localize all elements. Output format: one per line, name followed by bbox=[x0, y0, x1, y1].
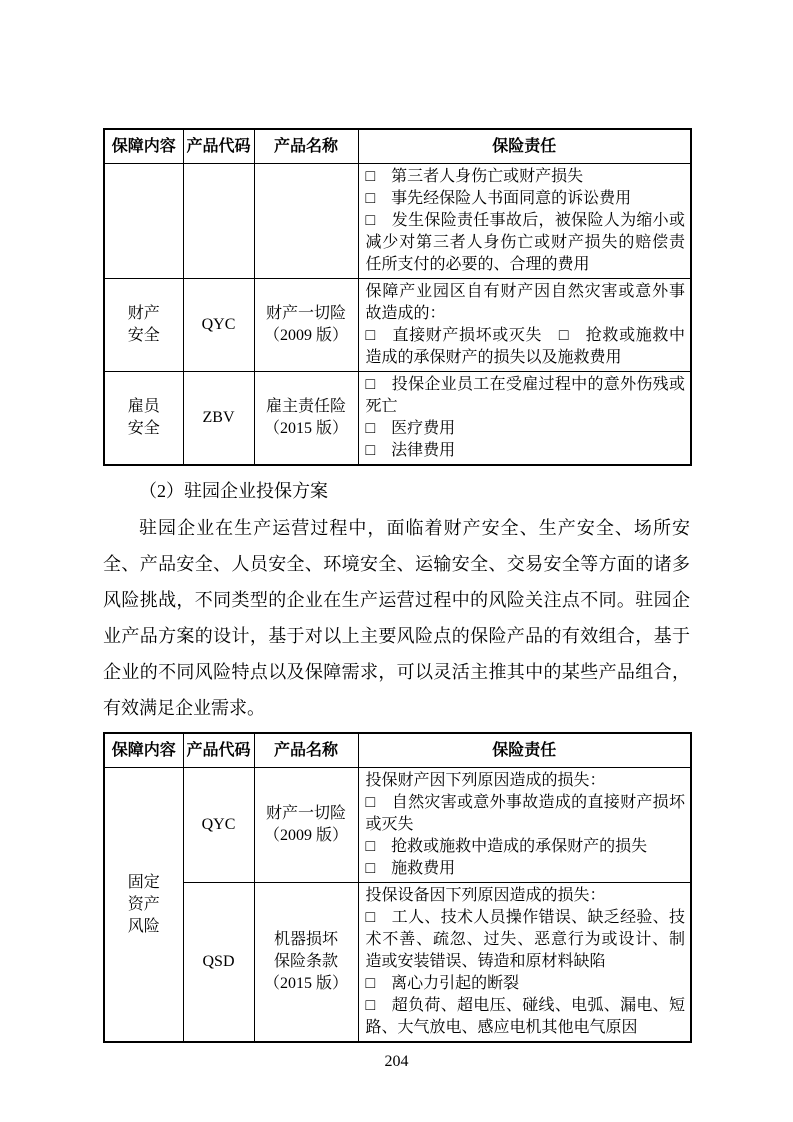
table-header-row: 保障内容产品代码产品名称保险责任 bbox=[104, 129, 691, 164]
product-name-cell: 机器损坏 保险条款 （2015 版） bbox=[254, 883, 358, 1043]
column-header: 保障内容 bbox=[104, 733, 183, 768]
table-row: 固定 资产 风险QYC财产一切险 （2009 版）投保财产因下列原因造成的损失：… bbox=[104, 768, 691, 883]
liability-cell: □ 第三者人身伤亡或财产损失□ 事先经保险人书面同意的诉讼费用□ 发生保险责任事… bbox=[358, 164, 691, 279]
column-header: 产品名称 bbox=[254, 733, 358, 768]
column-header: 保障内容 bbox=[104, 129, 183, 164]
liability-item: □ 第三者人身伤亡或财产损失 bbox=[366, 166, 686, 188]
column-header: 保险责任 bbox=[358, 129, 691, 164]
product-name-cell: 财产一切险 （2009 版） bbox=[254, 768, 358, 883]
coverage-content-cell: 财产 安全 bbox=[104, 279, 183, 372]
body-paragraph: 驻园企业在生产运营过程中，面临着财产安全、生产安全、场所安全、产品安全、人员安全… bbox=[103, 510, 690, 726]
column-header: 保险责任 bbox=[358, 733, 691, 768]
product-code-cell: QYC bbox=[183, 279, 254, 372]
liability-item: □ 事先经保险人书面同意的诉讼费用 bbox=[366, 188, 686, 210]
liability-item: □ 医疗费用 bbox=[366, 418, 686, 440]
product-name-cell: 雇主责任险 （2015 版） bbox=[254, 372, 358, 466]
table-row: 财产 安全QYC财产一切险 （2009 版）保障产业园区自有财产因自然灾害或意外… bbox=[104, 279, 691, 372]
liability-item: □ 自然灾害或意外事故造成的直接财产损坏或灭失 bbox=[366, 792, 686, 836]
product-name-cell bbox=[254, 164, 358, 279]
liability-item: □ 离心力引起的断裂 bbox=[366, 973, 686, 995]
table-row: □ 第三者人身伤亡或财产损失□ 事先经保险人书面同意的诉讼费用□ 发生保险责任事… bbox=[104, 164, 691, 279]
liability-item: □ 发生保险责任事故后，被保险人为缩小或减少对第三者人身伤亡或财产损失的赔偿责任… bbox=[366, 210, 686, 276]
table-row: 雇员 安全ZBV雇主责任险 （2015 版）□ 投保企业员工在受雇过程中的意外伤… bbox=[104, 372, 691, 466]
liability-cell: 投保财产因下列原因造成的损失：□ 自然灾害或意外事故造成的直接财产损坏或灭失□ … bbox=[358, 768, 691, 883]
liability-cell: 保障产业园区自有财产因自然灾害或意外事故造成的：□ 直接财产损坏或灭失 □ 抢救… bbox=[358, 279, 691, 372]
page-number: 204 bbox=[103, 1053, 690, 1071]
coverage-content-cell: 雇员 安全 bbox=[104, 372, 183, 466]
liability-item: 投保设备因下列原因造成的损失： bbox=[366, 885, 686, 907]
section-heading: （2）驻园企业投保方案 bbox=[103, 478, 690, 504]
liability-item: □ 法律费用 bbox=[366, 440, 686, 462]
liability-item: 保障产业园区自有财产因自然灾害或意外事故造成的： bbox=[366, 281, 686, 325]
product-code-cell: ZBV bbox=[183, 372, 254, 466]
liability-item: □ 直接财产损坏或灭失 □ 抢救或施救中造成的承保财产的损失以及施救费用 bbox=[366, 325, 686, 369]
coverage-content-cell: 固定 资产 风险 bbox=[104, 768, 183, 1043]
liability-item: 投保财产因下列原因造成的损失： bbox=[366, 770, 686, 792]
coverage-content-cell bbox=[104, 164, 183, 279]
column-header: 产品代码 bbox=[183, 733, 254, 768]
liability-item: □ 投保企业员工在受雇过程中的意外伤残或死亡 bbox=[366, 374, 686, 418]
table-row: QSD机器损坏 保险条款 （2015 版）投保设备因下列原因造成的损失：□ 工人… bbox=[104, 883, 691, 1043]
product-code-cell: QSD bbox=[183, 883, 254, 1043]
liability-cell: 投保设备因下列原因造成的损失：□ 工人、技术人员操作错误、缺乏经验、技术不善、疏… bbox=[358, 883, 691, 1043]
liability-item: □ 工人、技术人员操作错误、缺乏经验、技术不善、疏忽、过失、恶意行为或设计、制造… bbox=[366, 907, 686, 973]
liability-item: □ 抢救或施救中造成的承保财产的损失 bbox=[366, 836, 686, 858]
product-code-cell bbox=[183, 164, 254, 279]
table-header-row: 保障内容产品代码产品名称保险责任 bbox=[104, 733, 691, 768]
liability-cell: □ 投保企业员工在受雇过程中的意外伤残或死亡□ 医疗费用□ 法律费用 bbox=[358, 372, 691, 466]
tenant-enterprise-coverage-table: 保障内容产品代码产品名称保险责任 固定 资产 风险QYC财产一切险 （2009 … bbox=[103, 732, 692, 1043]
column-header: 产品名称 bbox=[254, 129, 358, 164]
column-header: 产品代码 bbox=[183, 129, 254, 164]
product-name-cell: 财产一切险 （2009 版） bbox=[254, 279, 358, 372]
liability-item: □ 超负荷、超电压、碰线、电弧、漏电、短路、大气放电、感应电机其他电气原因 bbox=[366, 995, 686, 1039]
document-page: 保障内容产品代码产品名称保险责任 □ 第三者人身伤亡或财产损失□ 事先经保险人书… bbox=[0, 0, 793, 1122]
product-code-cell: QYC bbox=[183, 768, 254, 883]
liability-item: □ 施救费用 bbox=[366, 858, 686, 880]
park-coverage-table: 保障内容产品代码产品名称保险责任 □ 第三者人身伤亡或财产损失□ 事先经保险人书… bbox=[103, 128, 692, 466]
